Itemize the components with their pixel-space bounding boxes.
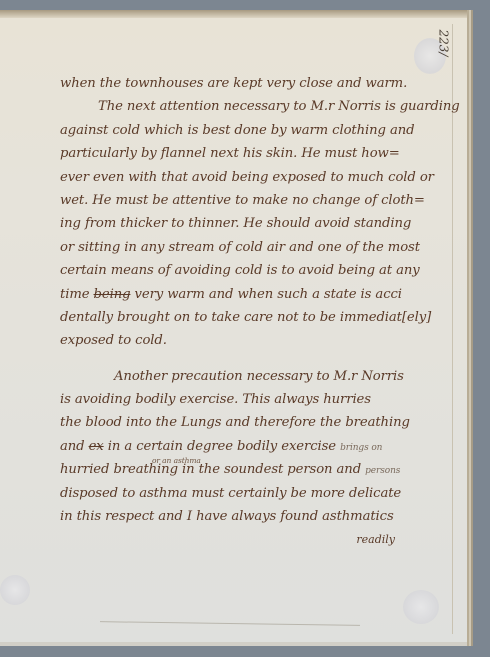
text-line: and ex in a certain degree bodily exerci… [60, 435, 445, 458]
library-stamp-mark [0, 575, 30, 605]
text-fragment: hurried breathing in the soundest person… [60, 462, 361, 477]
text-line: The next attention necessary to M.r Norr… [60, 95, 445, 118]
library-stamp-mark [403, 590, 439, 624]
interlinear-insertion: brings on [340, 443, 382, 453]
page-bottom-edge [0, 642, 467, 646]
paragraph-gap [60, 353, 445, 365]
text-line: wet. He must be attentive to make no cha… [60, 189, 445, 212]
text-line: or an asthma hurried breathing in the so… [60, 458, 445, 481]
text-line: certain means of avoiding cold is to avo… [60, 259, 445, 282]
text-line: particularly by flannel next his skin. H… [60, 142, 445, 165]
paper-crease [100, 621, 360, 626]
folio-number: 223/ [436, 30, 450, 57]
text-line: or sitting in any stream of cold air and… [60, 236, 445, 259]
text-line: against cold which is best done by warm … [60, 119, 445, 142]
interlinear-insertion: persons [365, 466, 400, 476]
text-line: exposed to cold. [60, 329, 445, 352]
page-top-edge [0, 10, 467, 18]
text-line: ever even with that avoid being exposed … [60, 166, 445, 189]
manuscript-text: when the townhouses are kept very close … [60, 72, 445, 552]
text-fragment: time [60, 287, 89, 302]
struck-word: ex [89, 439, 104, 454]
interlinear-insertion: or an asthma [152, 449, 201, 472]
struck-word: being [94, 287, 131, 302]
text-line: dentally brought on to take care not to … [60, 306, 445, 329]
text-fragment: and [60, 439, 85, 454]
text-line: Another precaution necessary to M.r Norr… [60, 365, 445, 388]
text-line: disposed to asthma must certainly be mor… [60, 482, 445, 505]
text-line: ing from thicker to thinner. He should a… [60, 212, 445, 235]
text-line: the blood into the Lungs and therefore t… [60, 411, 445, 434]
catchword: readily [60, 528, 445, 551]
text-fragment: very warm and when such a state is acci [135, 287, 402, 302]
text-line: in this respect and I have always found … [60, 505, 445, 528]
text-line: is avoiding bodily exercise. This always… [60, 388, 445, 411]
text-line: time being very warm and when such a sta… [60, 283, 445, 306]
text-fragment: in a certain degree bodily exercise [108, 439, 336, 454]
manuscript-page: 223/ when the townhouses are kept very c… [0, 10, 469, 646]
text-line: when the townhouses are kept very close … [60, 72, 445, 95]
